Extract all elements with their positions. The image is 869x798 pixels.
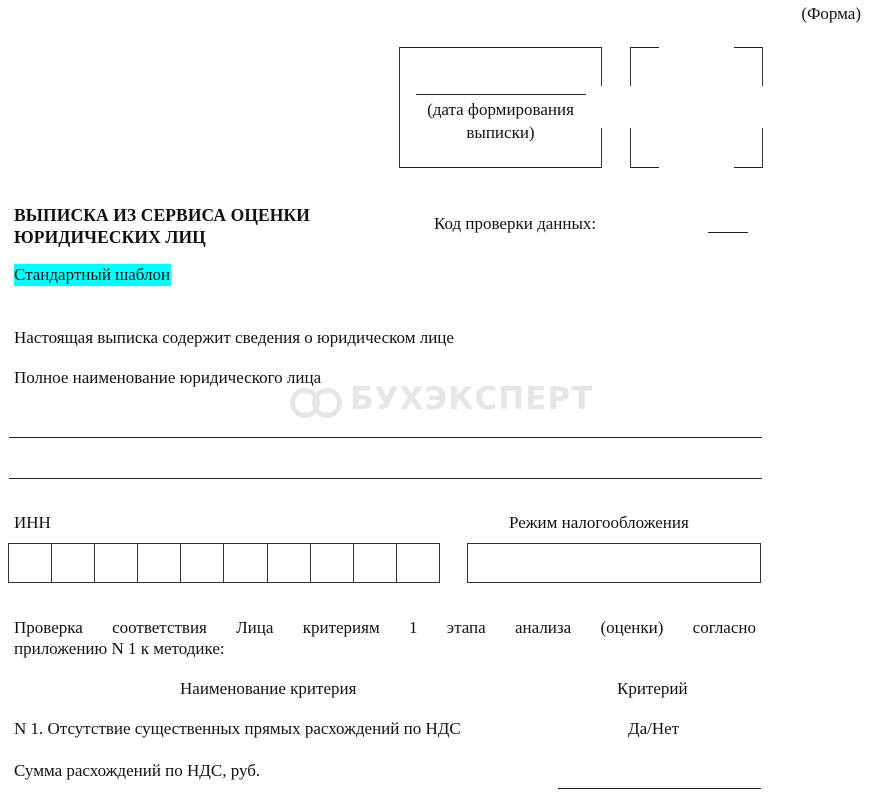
stamp-corner-tl-h xyxy=(630,47,659,48)
check-code-label: Код проверки данных: xyxy=(434,214,596,234)
document-title-line1: ВЫПИСКА ИЗ СЕРВИСА ОЦЕНКИ xyxy=(14,204,310,226)
inn-digit-cell[interactable] xyxy=(95,544,138,582)
criteria-check-text-line2: приложению N 1 к методике: xyxy=(14,639,225,658)
date-box: (дата формирования выписки) xyxy=(399,47,602,168)
date-field[interactable] xyxy=(416,94,586,95)
stamp-corner-tr-h xyxy=(734,47,763,48)
document-title: ВЫПИСКА ИЗ СЕРВИСА ОЦЕНКИ ЮРИДИЧЕСКИХ ЛИ… xyxy=(14,204,310,248)
criteria-check-text: Проверка соответствия Лица критериям 1 э… xyxy=(14,617,756,659)
stamp-corner-tl-v xyxy=(630,47,631,86)
stamp-corner-bl-h xyxy=(630,167,659,168)
inn-digit-cell[interactable] xyxy=(268,544,311,582)
template-label: Стандартный шаблон xyxy=(14,264,171,286)
date-box-border-top xyxy=(399,47,602,48)
watermark: БУХЭКСПЕРТ xyxy=(290,382,593,416)
criterion-row-name: N 1. Отсутствие существенных прямых расх… xyxy=(14,719,461,739)
date-box-border-right-upper xyxy=(601,47,602,86)
inn-digit-cell[interactable] xyxy=(138,544,181,582)
document-title-line2: ЮРИДИЧЕСКИХ ЛИЦ xyxy=(14,226,310,248)
date-box-border-bottom xyxy=(399,167,602,168)
check-code-field[interactable] xyxy=(708,232,748,233)
inn-digit-cell[interactable] xyxy=(9,544,52,582)
vat-sum-field[interactable] xyxy=(558,788,761,789)
criteria-header-name: Наименование критерия xyxy=(180,679,356,699)
inn-digit-cell[interactable] xyxy=(354,544,397,582)
inn-field xyxy=(8,543,440,583)
full-name-label: Полное наименование юридического лица xyxy=(14,368,321,388)
criteria-check-text-line1: Проверка соответствия Лица критериям 1 э… xyxy=(14,617,756,638)
stamp-corner-br-v xyxy=(762,128,763,168)
stamp-corner-bl-v xyxy=(630,128,631,168)
intro-text: Настоящая выписка содержит сведения о юр… xyxy=(14,328,454,348)
owl-logo-icon xyxy=(290,384,342,414)
full-name-field-line1[interactable] xyxy=(9,437,762,438)
tax-regime-label: Режим налогообложения xyxy=(509,513,689,533)
inn-digit-cell[interactable] xyxy=(397,544,439,582)
form-label: (Форма) xyxy=(801,4,861,24)
criteria-header-value: Критерий xyxy=(617,679,688,699)
stamp-box xyxy=(630,47,763,168)
inn-digit-cell[interactable] xyxy=(224,544,267,582)
inn-label: ИНН xyxy=(14,513,51,533)
inn-digit-cell[interactable] xyxy=(52,544,95,582)
date-caption: (дата формирования выписки) xyxy=(399,98,602,144)
tax-regime-field[interactable] xyxy=(467,543,761,583)
inn-digit-cell[interactable] xyxy=(311,544,354,582)
inn-digit-cell[interactable] xyxy=(181,544,224,582)
stamp-corner-br-h xyxy=(734,167,763,168)
watermark-text: БУХЭКСПЕРТ xyxy=(350,382,593,416)
criterion-row-value: Да/Нет xyxy=(628,719,679,739)
stamp-corner-tr-v xyxy=(762,47,763,86)
vat-sum-label: Сумма расхождений по НДС, руб. xyxy=(14,761,260,781)
full-name-field-line2[interactable] xyxy=(9,478,762,479)
